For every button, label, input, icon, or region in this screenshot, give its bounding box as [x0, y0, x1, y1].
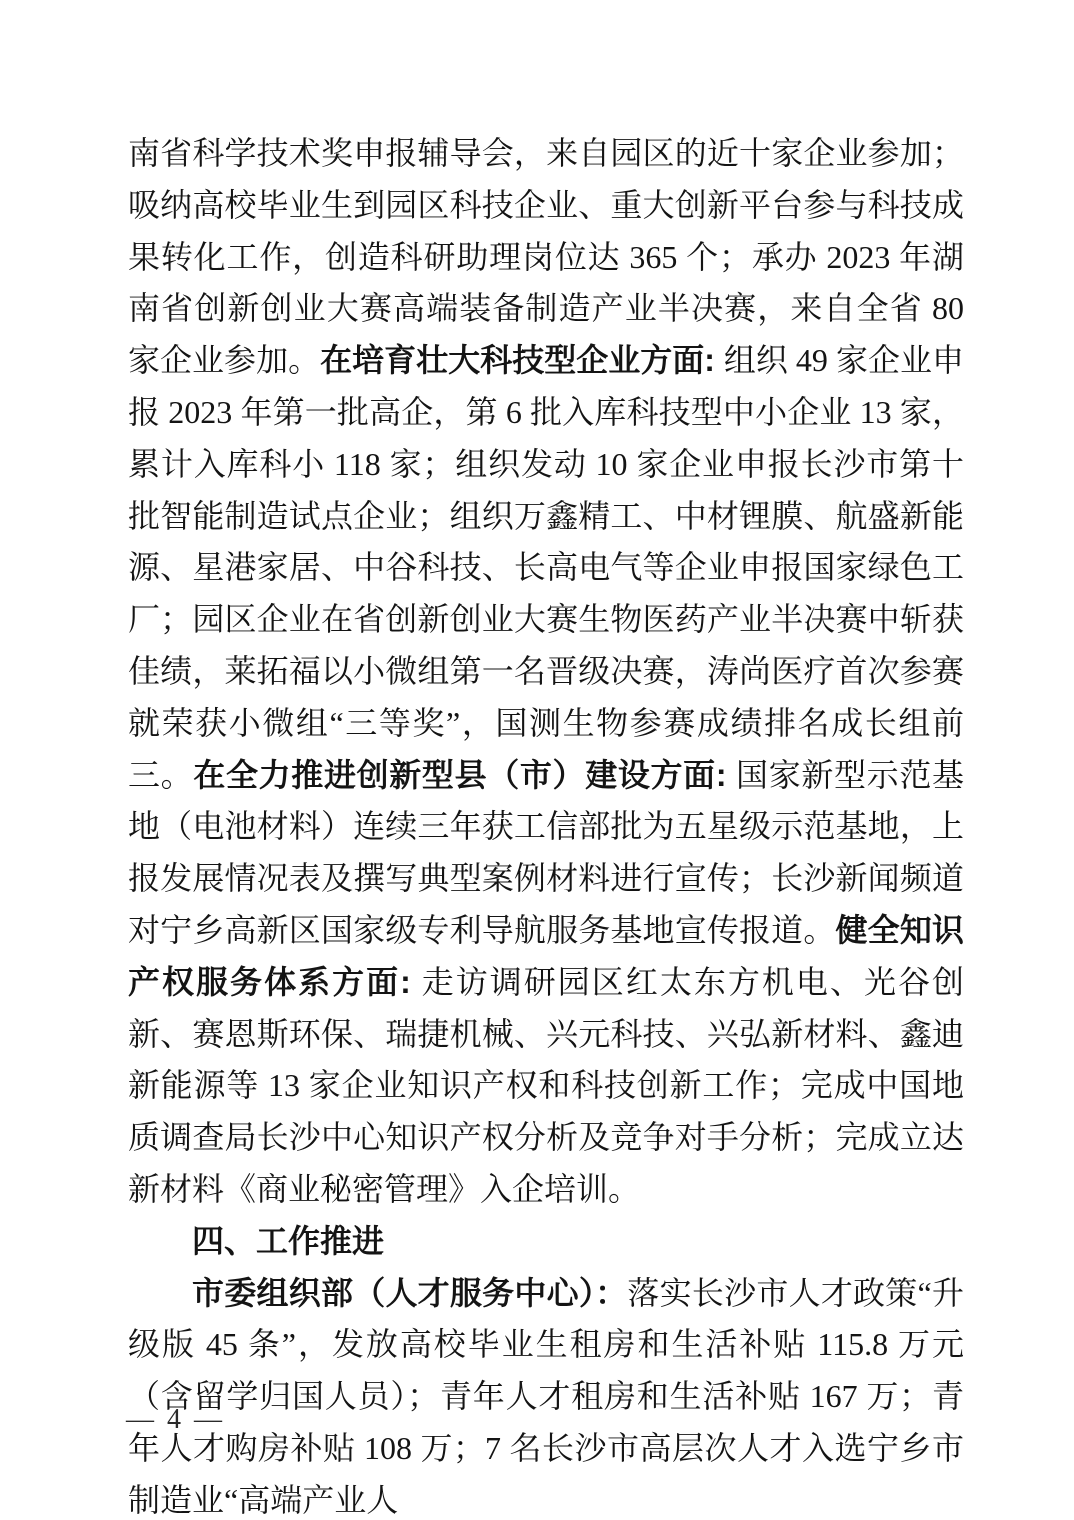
text-run-bold-org-department: 市委组织部（人才服务中心）：: [192, 1275, 627, 1311]
text-run-bold-innovative-county: 在全力推进创新型县（市）建设方面:: [193, 757, 736, 793]
text-run-bold-cultivate-enterprises: 在培育壮大科技型企业方面:: [320, 342, 724, 378]
text-run-regular: 走访调研园区红太东方机电、光谷创新、赛恩斯环保、瑞捷机械、兴元科技、兴弘新材料、…: [128, 964, 964, 1207]
page-number: — 4 —: [126, 1402, 225, 1438]
section-heading-work-progress: 四、工作推进: [128, 1216, 964, 1268]
paragraph-section-three-continuation: 南省科学技术奖申报辅导会，来自园区的近十家企业参加；吸纳高校毕业生到园区科技企业…: [128, 128, 964, 1216]
text-run-regular: 组织 49 家企业申报 2023 年第一批高企，第 6 批入库科技型中小企业 1…: [128, 342, 964, 792]
text-run-regular: 落实长沙市人才政策“升级版 45 条”，发放高校毕业生租房和生活补贴 115.8…: [128, 1275, 964, 1518]
document-page: 南省科学技术奖申报辅导会，来自园区的近十家企业参加；吸纳高校毕业生到园区科技企业…: [0, 0, 1074, 1520]
document-body: 南省科学技术奖申报辅导会，来自园区的近十家企业参加；吸纳高校毕业生到园区科技企业…: [128, 128, 964, 1520]
paragraph-city-committee-talent-center: 市委组织部（人才服务中心）：落实长沙市人才政策“升级版 45 条”，发放高校毕业…: [128, 1268, 964, 1520]
